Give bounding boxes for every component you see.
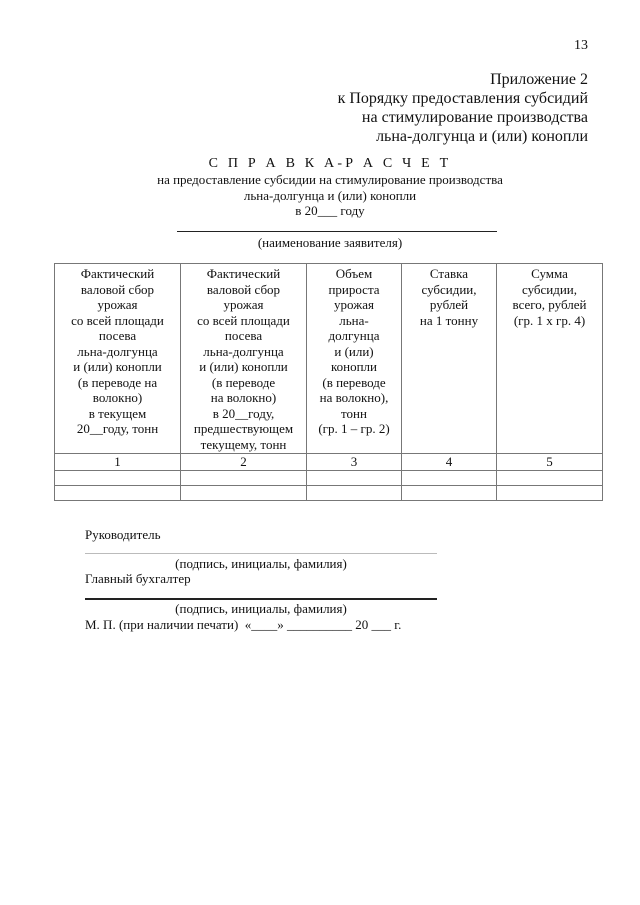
header-line: валовой сбор bbox=[183, 282, 304, 298]
header-line: льна- bbox=[309, 313, 399, 329]
header-line: рублей bbox=[404, 297, 494, 313]
header-line: субсидии, bbox=[404, 282, 494, 298]
header-line: урожая bbox=[183, 297, 304, 313]
subtitle-line: в 20___ году bbox=[150, 203, 510, 219]
header-line: (гр. 1 – гр. 2) bbox=[309, 421, 399, 437]
header-line: со всей площади bbox=[183, 313, 304, 329]
header-cell: Фактическийваловой сборурожаясо всей пло… bbox=[181, 264, 307, 454]
table-cell[interactable] bbox=[402, 485, 497, 500]
header-line: прироста bbox=[309, 282, 399, 298]
header-cell: Фактическийваловой сборурожаясо всей пло… bbox=[55, 264, 181, 454]
table-cell[interactable] bbox=[402, 470, 497, 485]
table-cell[interactable] bbox=[55, 485, 181, 500]
header-line: (в переводе bbox=[309, 375, 399, 391]
head-signature-line[interactable] bbox=[85, 553, 437, 554]
table-cell[interactable] bbox=[497, 470, 603, 485]
table-cell[interactable] bbox=[181, 470, 307, 485]
column-number-row: 1 2 3 4 5 bbox=[55, 454, 603, 471]
header-line: предшествующем bbox=[183, 421, 304, 437]
header-line: Объем bbox=[309, 266, 399, 282]
column-number: 1 bbox=[55, 454, 181, 471]
header-line: в 20__году, bbox=[183, 406, 304, 422]
table-cell[interactable] bbox=[181, 485, 307, 500]
header-line: 20__году, тонн bbox=[57, 421, 178, 437]
header-line: (гр. 1 х гр. 4) bbox=[499, 313, 600, 329]
stamp-date-line: М. П. (при наличии печати) «____» ______… bbox=[85, 617, 401, 633]
header-line: долгунца bbox=[309, 328, 399, 344]
header-line: в текущем bbox=[57, 406, 178, 422]
appendix-line: льна-долгунца и (или) конопли bbox=[338, 127, 588, 146]
table-row bbox=[55, 485, 603, 500]
applicant-name-line bbox=[177, 231, 497, 232]
table-cell[interactable] bbox=[55, 470, 181, 485]
header-line: Фактический bbox=[183, 266, 304, 282]
header-line: льна-долгунца bbox=[183, 344, 304, 360]
header-line: урожая bbox=[309, 297, 399, 313]
header-line: конопли bbox=[309, 359, 399, 375]
header-line: на волокно), bbox=[309, 390, 399, 406]
header-line: посева bbox=[183, 328, 304, 344]
accountant-label: Главный бухгалтер bbox=[85, 571, 191, 587]
appendix-line: Приложение 2 bbox=[338, 70, 588, 89]
page-number: 13 bbox=[540, 38, 588, 54]
header-line: Сумма bbox=[499, 266, 600, 282]
subtitle-line: на предоставление субсидии на стимулиров… bbox=[150, 172, 510, 188]
table-cell[interactable] bbox=[497, 485, 603, 500]
header-cell: Объемприростаурожаяльна-долгунцаи (или)к… bbox=[307, 264, 402, 454]
header-line: Фактический bbox=[57, 266, 178, 282]
appendix-line: к Порядку предоставления субсидий bbox=[338, 89, 588, 108]
head-label: Руководитель bbox=[85, 527, 161, 543]
header-line: урожая bbox=[57, 297, 178, 313]
table-cell[interactable] bbox=[307, 485, 402, 500]
header-line: субсидии, bbox=[499, 282, 600, 298]
column-number: 4 bbox=[402, 454, 497, 471]
column-number: 5 bbox=[497, 454, 603, 471]
table-header-row: Фактическийваловой сборурожаясо всей пло… bbox=[55, 264, 603, 454]
accountant-signature-caption: (подпись, инициалы, фамилия) bbox=[85, 601, 437, 617]
calculation-table: Фактическийваловой сборурожаясо всей пло… bbox=[54, 263, 603, 501]
header-line: льна-долгунца bbox=[57, 344, 178, 360]
table-row bbox=[55, 470, 603, 485]
appendix-header: Приложение 2 к Порядку предоставления су… bbox=[338, 70, 588, 146]
applicant-caption: (наименование заявителя) bbox=[150, 235, 510, 251]
header-line: текущему, тонн bbox=[183, 437, 304, 453]
header-line: со всей площади bbox=[57, 313, 178, 329]
header-line: волокно) bbox=[57, 390, 178, 406]
document-subtitle: на предоставление субсидии на стимулиров… bbox=[150, 172, 510, 219]
header-line: всего, рублей bbox=[499, 297, 600, 313]
header-line: посева bbox=[57, 328, 178, 344]
header-line: и (или) конопли bbox=[183, 359, 304, 375]
header-line: и (или) bbox=[309, 344, 399, 360]
header-line: тонн bbox=[309, 406, 399, 422]
head-signature-caption: (подпись, инициалы, фамилия) bbox=[85, 556, 437, 572]
document-title: С П Р А В К А-Р А С Ч Е Т bbox=[150, 155, 510, 172]
header-cell: Ставкасубсидии,рублейна 1 тонну bbox=[402, 264, 497, 454]
subtitle-line: льна-долгунца и (или) конопли bbox=[150, 188, 510, 204]
table-cell[interactable] bbox=[307, 470, 402, 485]
header-line: (в переводе bbox=[183, 375, 304, 391]
header-line: валовой сбор bbox=[57, 282, 178, 298]
header-cell: Суммасубсидии,всего, рублей(гр. 1 х гр. … bbox=[497, 264, 603, 454]
header-line: на волокно) bbox=[183, 390, 304, 406]
appendix-line: на стимулирование производства bbox=[338, 108, 588, 127]
accountant-signature-line[interactable] bbox=[85, 598, 437, 600]
column-number: 2 bbox=[181, 454, 307, 471]
column-number: 3 bbox=[307, 454, 402, 471]
header-line: (в переводе на bbox=[57, 375, 178, 391]
header-line: Ставка bbox=[404, 266, 494, 282]
header-line: на 1 тонну bbox=[404, 313, 494, 329]
header-line: и (или) конопли bbox=[57, 359, 178, 375]
